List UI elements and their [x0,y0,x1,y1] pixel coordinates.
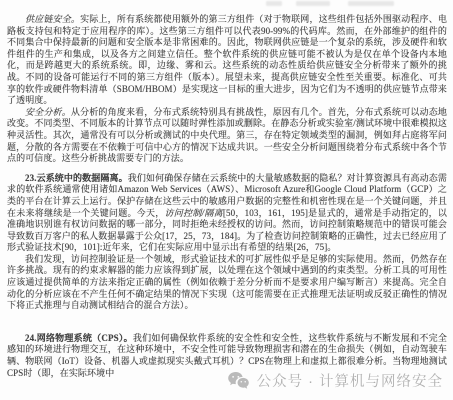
term-supply-chain-security: 供应链安全。 [25,14,80,24]
footer: 公众号 · 计算机与网络安全 [227,370,443,391]
footer-label: 公众号 · 计算机与网络安全 [257,370,443,391]
document-viewer: { "page": { "background_color": "#fdfdfd… [0,0,453,400]
paragraph-access-control-verification: 我们发现，访问控制验证是一个领域，形式验证技术的可扩展性似乎是足够的实际使用。然… [7,254,447,312]
paragraph-security-analysis: 安全分析。从分析的角度来看，分布式系统特别具有挑战性，原因有几个。首先，分布式系… [7,107,447,165]
term-access-control-isolation: 访问控制/隔离 [165,208,223,218]
heading-23-cloud-data-isolation: 23.云系统中的数据隔离。 [25,173,128,183]
clipped-text-remnant [296,1,330,6]
document-page: 供应链安全。实际上，所有系统都使用额外的第三方组件（对于物联网，这些组件包括外围… [7,14,447,379]
paragraph-text: 实际上，所有系统都使用额外的第三方组件（对于物联网，这些组件包括外围驱动程序、电… [7,14,447,105]
paragraph-supply-chain-security: 供应链安全。实际上，所有系统都使用额外的第三方组件（对于物联网，这些组件包括外围… [7,14,447,107]
paragraph-23-cloud-data-isolation: 23.云系统中的数据隔离。我们如何确保存储在云系统中的大量敏感数据的隐私？对计算… [7,173,447,254]
paragraph-text: 我们发现，访问控制验证是一个领域，形式验证技术的可扩展性似乎是足够的实际使用。然… [7,254,447,310]
heading-24-cyber-physical-systems: 24.网络物理系统（CPS）。 [25,333,133,343]
clipped-text-remnant [348,1,394,6]
clipped-text-remnant [266,1,282,6]
paragraph-text: 从分析的角度来看，分布式系统特别具有挑战性，原因有几个。首先，分布式系统可以动态… [7,107,447,163]
term-security-analysis: 安全分析。 [25,107,71,117]
wechat-icon [227,371,250,390]
